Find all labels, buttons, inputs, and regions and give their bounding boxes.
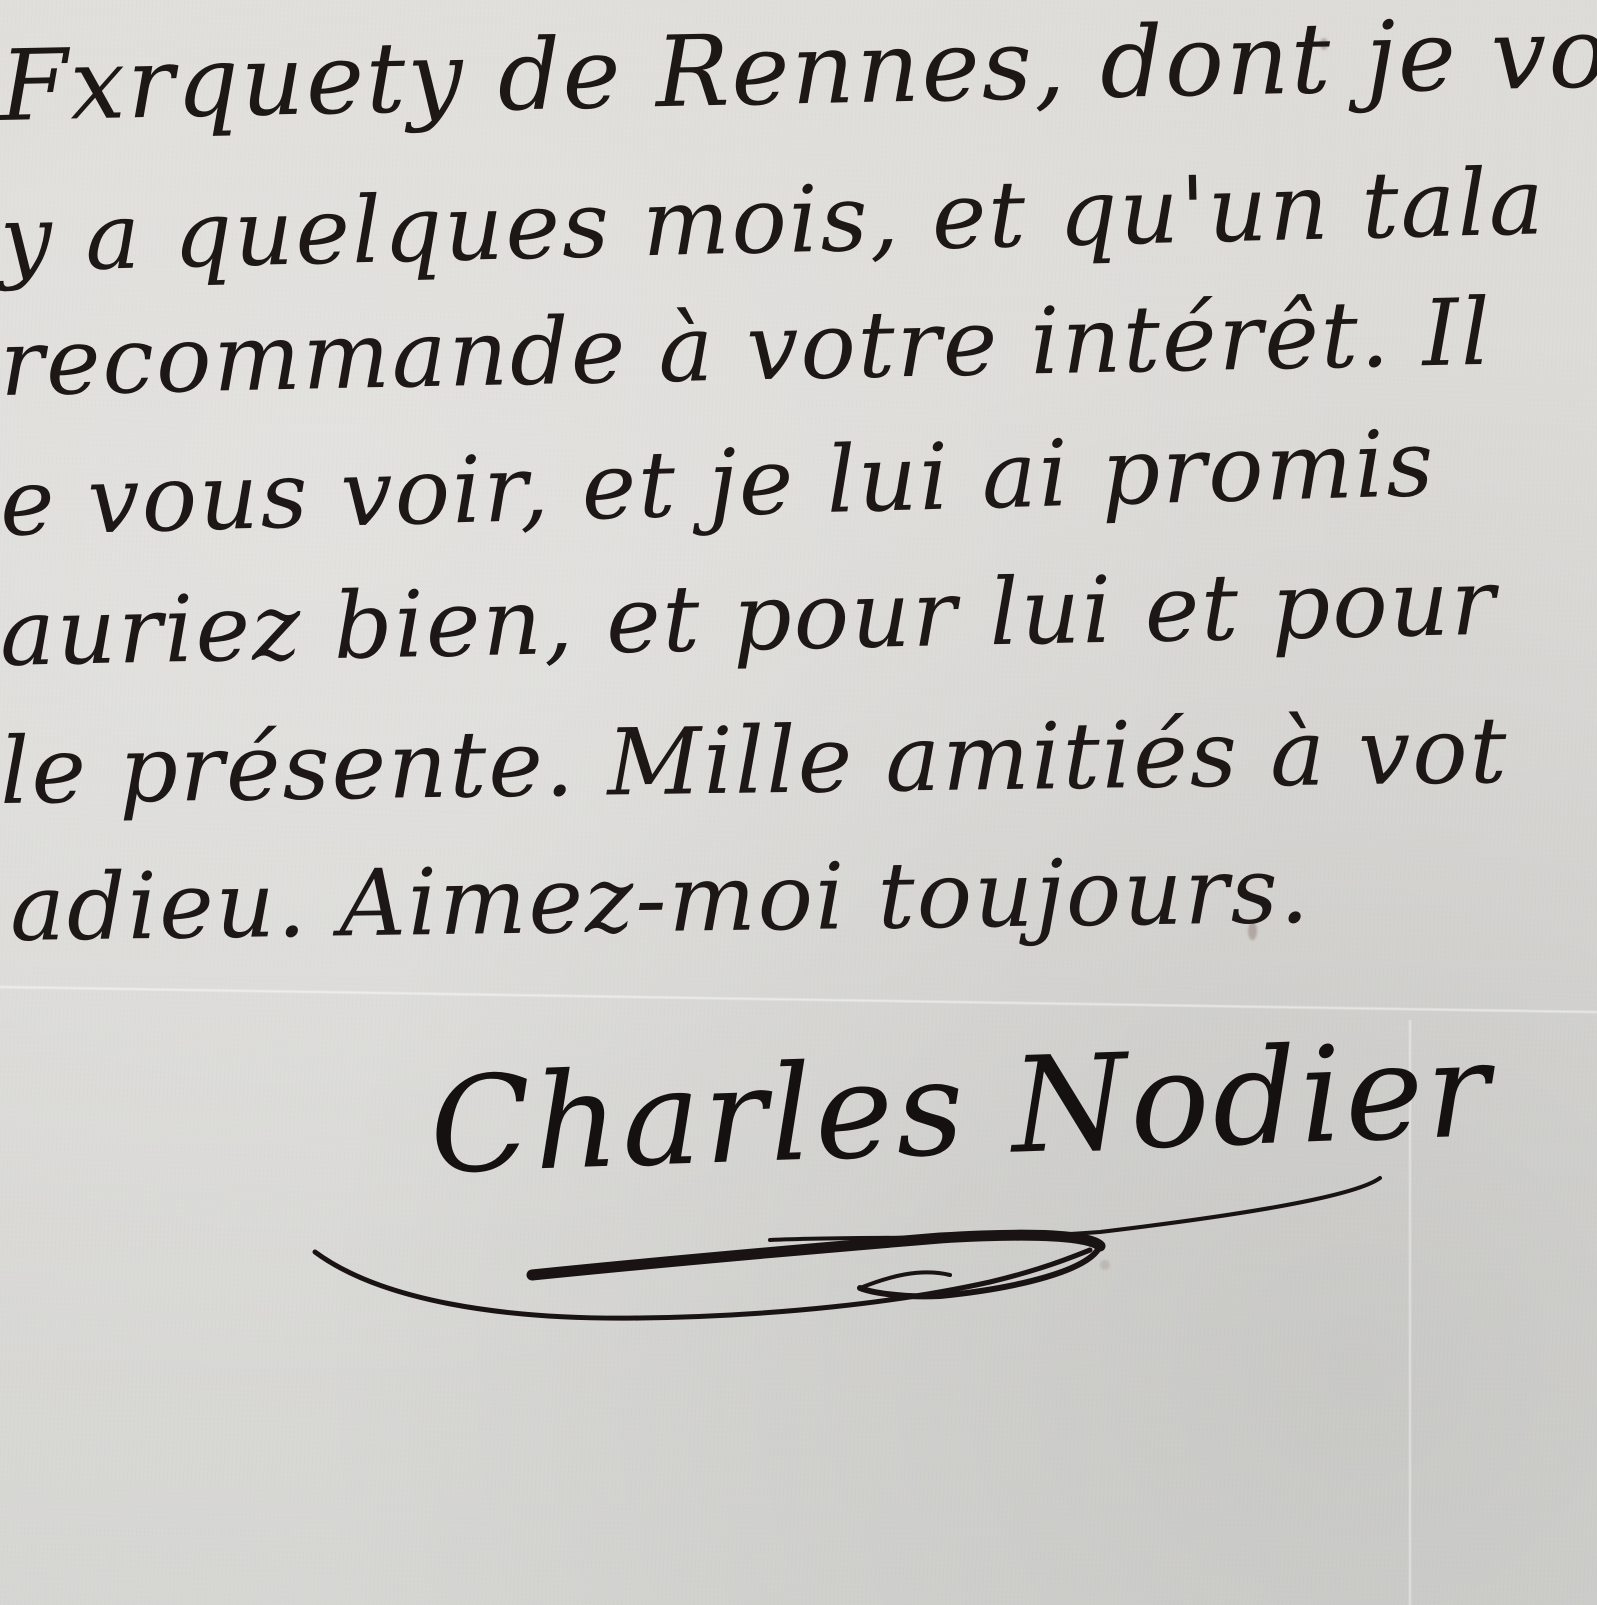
- signature-block: Charles Nodier: [300, 1000, 1450, 1380]
- letter-closing-line: adieu. Aimez-moi toujours.: [9, 837, 1311, 962]
- letter-line: le présente. Mille amitiés à vot: [0, 697, 1509, 825]
- signature-paraph-flourish-icon: [300, 1000, 1450, 1380]
